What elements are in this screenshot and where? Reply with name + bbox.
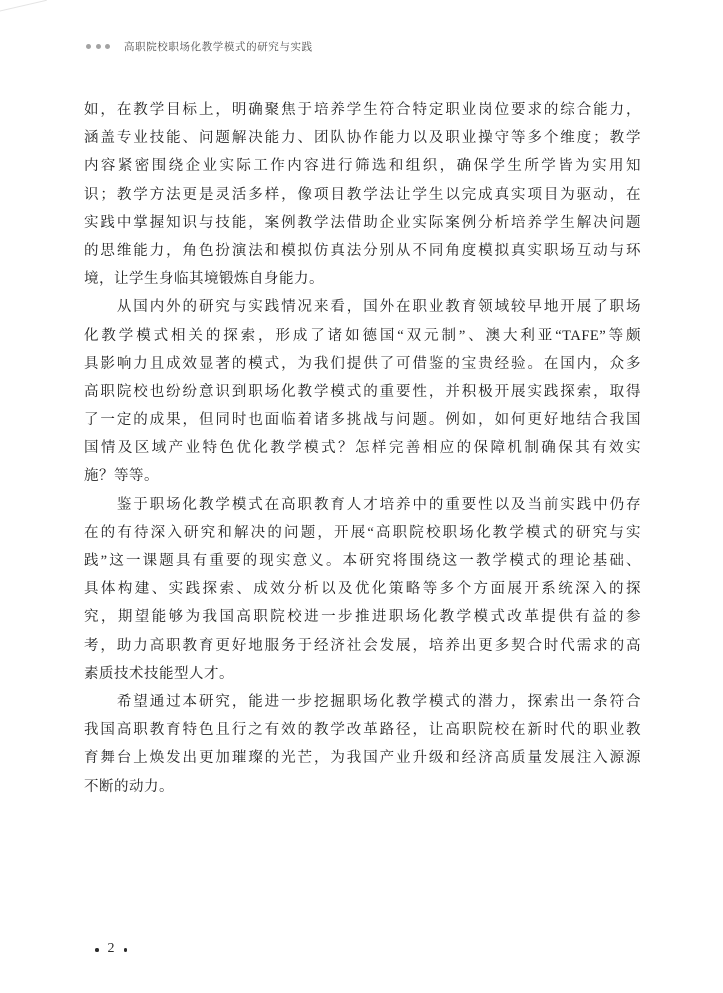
text-line: 具影响力且成效显著的模式，为我们提供了可借鉴的宝贵经验。在国内，众多 [84, 350, 641, 378]
text-line: 施？等等。 [84, 462, 641, 490]
page-number-right-dot-icon [124, 948, 128, 952]
text-line: 育舞台上焕发出更加璀璨的光芒，为我国产业升级和经济高质量发展注入源源 [84, 744, 641, 772]
text-line: 境，让学生身临其境锻炼自身能力。 [84, 265, 641, 293]
dot-icon [105, 44, 110, 49]
page-number: 2 [95, 940, 127, 958]
text-line: 实践中掌握知识与技能，案例教学法借助企业实际案例分析培养学生解决问题 [84, 209, 641, 237]
text-line: 我国高职教育特色且行之有效的教学改革路径，让高职院校在新时代的职业教 [84, 716, 641, 744]
scan-artifact-line [0, 0, 47, 12]
text-line: 的思维能力，角色扮演法和模拟仿真法分别从不同角度模拟真实职场互动与环 [84, 237, 641, 265]
text-line: 具体构建、实践探索、成效分析以及优化策略等多个方面展开系统深入的探 [84, 575, 641, 603]
text-line: 在的有待深入研究和解决的问题，开展“高职院校职场化教学模式的研究与实 [84, 519, 641, 547]
text-line: 究，期望能够为我国高职院校进一步推进职场化教学模式改革提供有益的参 [84, 603, 641, 631]
running-header-title: 高职院校职场化教学模式的研究与实践 [124, 39, 313, 54]
page-number-left-dot-icon [95, 948, 99, 952]
text-line: 鉴于职场化教学模式在高职教育人才培养中的重要性以及当前实践中仍存 [84, 491, 641, 519]
text-line: 从国内外的研究与实践情况来看，国外在职业教育领域较早地开展了职场 [84, 293, 641, 321]
running-header: 高职院校职场化教学模式的研究与实践 [86, 40, 313, 52]
document-body: 如，在教学目标上，明确聚焦于培养学生符合特定职业岗位要求的综合能力，涵盖专业技能… [84, 96, 641, 801]
text-line: 识；教学方法更是灵活多样，像项目教学法让学生以完成真实项目为驱动，在 [84, 181, 641, 209]
page-number-value: 2 [108, 940, 115, 958]
text-line: 如，在教学目标上，明确聚焦于培养学生符合特定职业岗位要求的综合能力， [84, 96, 641, 124]
header-dots-icon [86, 44, 110, 49]
text-line: 希望通过本研究，能进一步挖掘职场化教学模式的潜力，探索出一条符合 [84, 688, 641, 716]
text-line: 高职院校也纷纷意识到职场化教学模式的重要性，并积极开展实践探索，取得 [84, 378, 641, 406]
document-page: 高职院校职场化教学模式的研究与实践 如，在教学目标上，明确聚焦于培养学生符合特定… [0, 0, 723, 993]
text-line: 涵盖专业技能、问题解决能力、团队协作能力以及职业操守等多个维度；教学 [84, 124, 641, 152]
text-line: 化教学模式相关的探索，形成了诸如德国“双元制”、澳大利亚“TAFE”等颇 [84, 322, 641, 350]
text-line: 考，助力高职教育更好地服务于经济社会发展，培养出更多契合时代需求的高 [84, 632, 641, 660]
dot-icon [86, 44, 91, 49]
text-line: 内容紧密围绕企业实际工作内容进行筛选和组织，确保学生所学皆为实用知 [84, 152, 641, 180]
text-line: 了一定的成果，但同时也面临着诸多挑战与问题。例如，如何更好地结合我国 [84, 406, 641, 434]
text-line: 国情及区域产业特色优化教学模式？怎样完善相应的保障机制确保其有效实 [84, 434, 641, 462]
text-line: 不断的动力。 [84, 773, 641, 801]
text-line: 素质技术技能型人才。 [84, 660, 641, 688]
dot-icon [96, 44, 101, 49]
text-line: 践”这一课题具有重要的现实意义。本研究将围绕这一教学模式的理论基础、 [84, 547, 641, 575]
